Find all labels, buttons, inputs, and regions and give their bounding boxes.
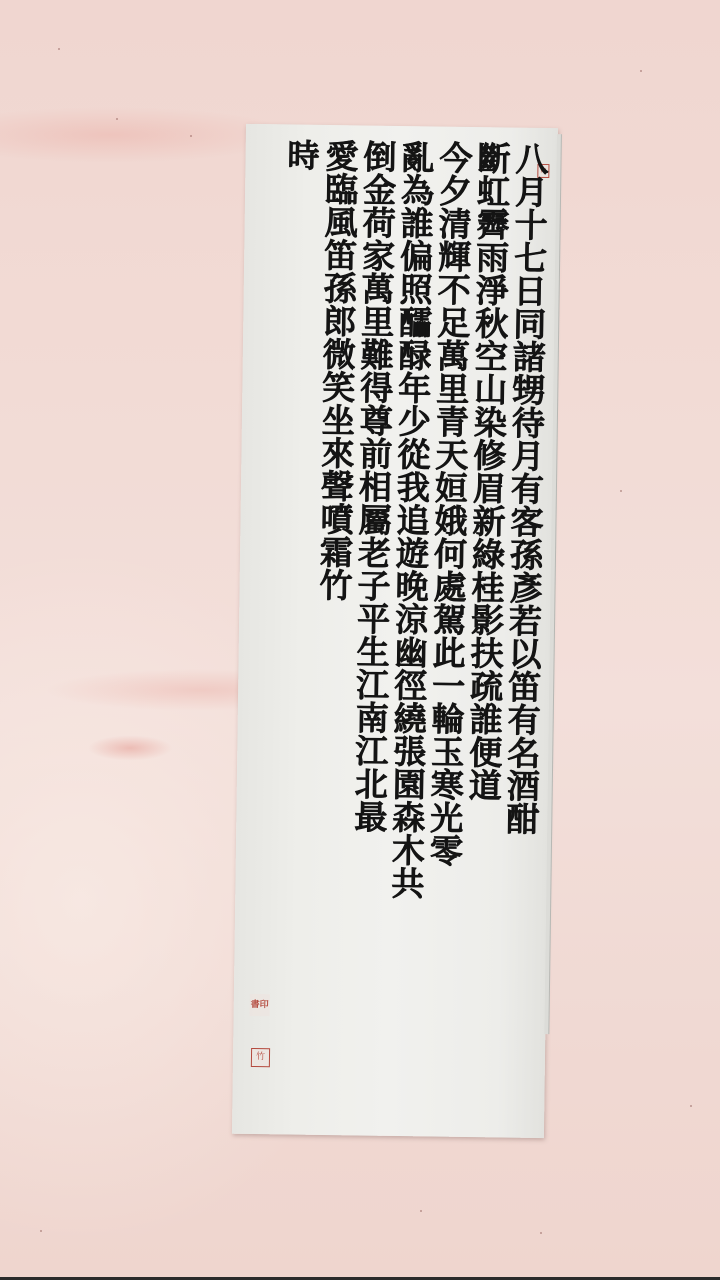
wall-speck [690, 1105, 692, 1107]
calligraphy-columns: 八月十七日同諸甥待月有客孫彥若以笛有名酒酣 斷虹霽雨淨秋空山染修眉新綠桂影扶疏誰… [238, 138, 548, 1128]
wall-speck [58, 48, 60, 50]
artist-second-seal: 竹 [251, 1048, 270, 1067]
wall-speck [540, 1232, 542, 1234]
wall-speck [190, 135, 192, 137]
wall-speck [420, 1210, 422, 1212]
wall-speck [640, 70, 642, 72]
wall-speck [40, 1230, 42, 1232]
wall-speck [620, 490, 622, 492]
calligraphy-scroll: 印 八月十七日同諸甥待月有客孫彥若以笛有名酒酣 斷虹霽雨淨秋空山染修眉新綠桂影扶… [232, 124, 558, 1138]
artist-name-seal: 書印 [250, 994, 270, 1016]
wall-speck [116, 118, 118, 120]
